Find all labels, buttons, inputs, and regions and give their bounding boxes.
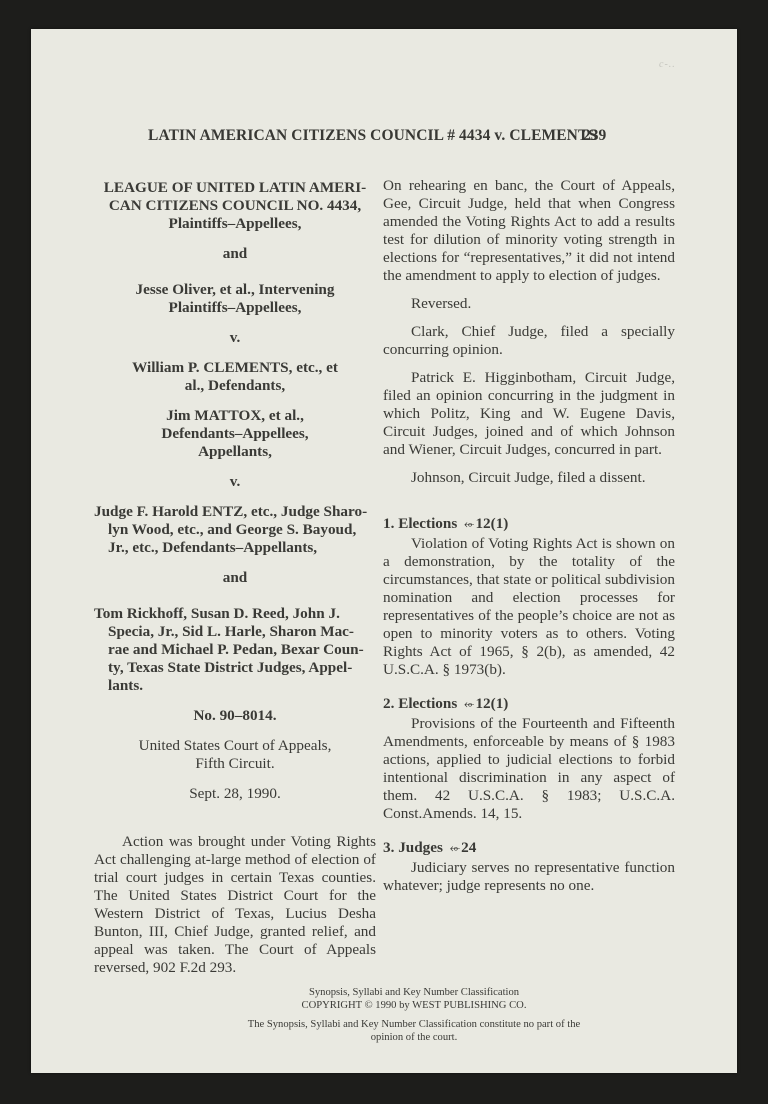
caption-party-mattox: Jim MATTOX, et al.,Defendants–Appellees,…: [94, 407, 376, 461]
right-column: On rehearing en banc, the Court of Appea…: [383, 177, 675, 895]
page-number: 239: [583, 127, 606, 145]
headnote-1-text: Violation of Voting Rights Act is shown …: [383, 535, 675, 679]
key-number: 24: [461, 839, 476, 856]
synopsis-paragraph-1: Action was brought under Voting Rights A…: [94, 833, 376, 977]
decision-date: Sept. 28, 1990.: [94, 785, 376, 803]
caption-conjunction-and-2: and: [94, 569, 376, 587]
synopsis-paragraph-5: Johnson, Circuit Judge, filed a dissent.: [383, 469, 675, 487]
footer-disclaimer: The Synopsis, Syllabi and Key Number Cla…: [243, 1019, 585, 1044]
caption-party-plaintiffs: LEAGUE OF UNITED LATIN AMERI-CAN CITIZEN…: [94, 179, 376, 233]
headnote-3-text: Judiciary serves no representative funct…: [383, 859, 675, 895]
headnote-topic: Elections: [398, 695, 457, 712]
key-number-icon: ⬰: [464, 695, 474, 713]
headnote-3: 3. Judges ⬰24 Judiciary serves no repres…: [383, 839, 675, 895]
left-column: LEAGUE OF UNITED LATIN AMERI-CAN CITIZEN…: [94, 179, 376, 977]
pencil-annotation: c-..: [659, 59, 676, 70]
court-line-2: Fifth Circuit.: [195, 755, 274, 772]
headnote-1-title: 1. Elections ⬰12(1): [383, 515, 675, 533]
headnote-1: 1. Elections ⬰12(1) Violation of Voting …: [383, 515, 675, 679]
synopsis-paragraph-3: Clark, Chief Judge, filed a specially co…: [383, 323, 675, 359]
synopsis-paragraph-2: On rehearing en banc, the Court of Appea…: [383, 177, 675, 285]
court-line-1: United States Court of Appeals,: [139, 737, 332, 754]
headnote-2: 2. Elections ⬰12(1) Provisions of the Fo…: [383, 695, 675, 823]
footer-copyright: COPYRIGHT © 1990 by WEST PUBLISHING CO.: [243, 1000, 585, 1013]
headnote-topic: Judges: [398, 839, 443, 856]
key-number: 12(1): [475, 515, 508, 532]
headnote-number: 1.: [383, 515, 394, 532]
docket-number: No. 90–8014.: [94, 707, 376, 725]
headnote-2-text: Provisions of the Fourteenth and Fifteen…: [383, 715, 675, 823]
caption-party-clements: William P. CLEMENTS, etc., etal., Defend…: [94, 359, 376, 395]
headnote-number: 2.: [383, 695, 394, 712]
caption-party-rickhoff: Tom Rickhoff, Susan D. Reed, John J.Spec…: [94, 605, 376, 695]
caption-party-intervenors: Jesse Oliver, et al., InterveningPlainti…: [94, 281, 376, 317]
headnote-3-title: 3. Judges ⬰24: [383, 839, 675, 857]
key-number: 12(1): [475, 695, 508, 712]
caption-conjunction-and: and: [94, 245, 376, 263]
synopsis-paragraph-4: Patrick E. Higginbotham, Circuit Judge, …: [383, 369, 675, 459]
court-name: United States Court of Appeals, Fifth Ci…: [94, 737, 376, 773]
party-league-name: LEAGUE OF UNITED LATIN AMERI-CAN CITIZEN…: [104, 179, 366, 232]
footer-line-1: Synopsis, Syllabi and Key Number Classif…: [243, 987, 585, 1000]
running-head: LATIN AMERICAN CITIZENS COUNCIL # 4434 v…: [148, 127, 597, 145]
caption-versus: v.: [94, 329, 376, 347]
headnote-2-title: 2. Elections ⬰12(1): [383, 695, 675, 713]
key-number-icon: ⬰: [450, 839, 460, 857]
caption-party-entz: Judge F. Harold ENTZ, etc., Judge Sharo-…: [94, 503, 376, 557]
disposition: Reversed.: [383, 295, 675, 313]
headnote-topic: Elections: [398, 515, 457, 532]
copyright-footer: Synopsis, Syllabi and Key Number Classif…: [243, 987, 585, 1044]
document-page: c-.. LATIN AMERICAN CITIZENS COUNCIL # 4…: [31, 29, 737, 1073]
caption-versus-2: v.: [94, 473, 376, 491]
headnote-number: 3.: [383, 839, 394, 856]
key-number-icon: ⬰: [464, 515, 474, 533]
